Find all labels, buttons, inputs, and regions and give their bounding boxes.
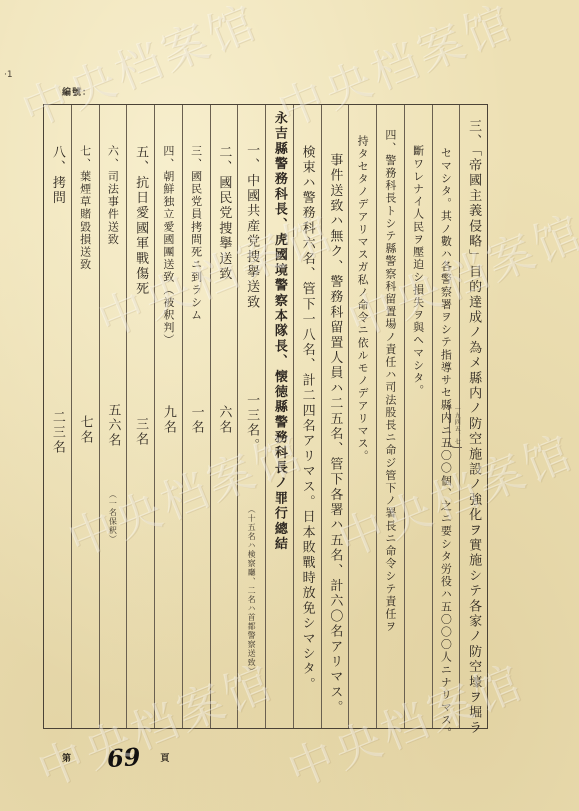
item-count: 二三名 [48,410,67,455]
column-text: 検束ハ警務科六名、管下一八名、計二四名アリマス。日本敗戰時放免シマシタ。 [301,145,314,692]
item-label: 一、中國共産党捜擧送致 [245,143,258,310]
column-item-6: 六、司法事件送致 五六名 （一名保釈） [99,105,127,728]
item-label: 五、抗日愛國軍戰傷死 [134,145,147,297]
summary-heading: 永吉縣警務科長、虎國境警察本隊長、懐徳縣警務科長ノ罪行總結 [273,111,286,552]
item-label: 八、拷問 [51,145,64,206]
column-8: 永吉縣警務科長、虎國境警察本隊長、懐徳縣警務科長ノ罪行總結 [265,105,293,728]
column-item-3: 三、國民党員拷問死ニ到ラシム 一名 [182,105,210,728]
item-count: 一名 [187,405,206,435]
column-item-2: 二、國民党捜擧送致 六名 [210,105,238,728]
item-note: （十五名ハ検察廳、二名ハ首都警察送致） [246,505,257,676]
item-count: 九名 [159,405,178,435]
column-6: 事件送致ハ無ク、警務科留置人員ハ二五名、管下各署ハ五名、計六〇名アリマス。 [321,105,349,728]
column-text: 持タセタノデアリマスガ私ノ命令ニ依ルモノデアリマス。 [357,135,368,463]
column-5: 持タセタノデアリマスガ私ノ命令ニ依ルモノデアリマス。 [348,105,376,728]
serial-number-label: 編號： [62,85,92,98]
column-item-1: 一、中國共産党捜擧送致 一三名。 （十五名ハ検察廳、二名ハ首都警察送致） [237,105,265,728]
column-3: 斷ワレナイ人民ヲ壓迫シ損失ヲ與ヘマシタ。 [404,105,432,728]
column-text: 事件送致ハ無ク、警務科留置人員ハ二五名、管下各署ハ五名、計六〇名アリマス。 [328,153,341,715]
item-count: 七名 [76,415,95,445]
column-text: 三、「帝國主義侵略」目的達成ノ為メ縣内ノ防空施設ノ強化ヲ實施シテ各家ノ防空壕ヲ堀… [467,119,480,736]
item-count: 六名 [214,405,233,435]
page-suffix: 頁 [160,751,169,764]
page-footer: 第 69 頁 [62,743,169,772]
column-1: 三、「帝國主義侵略」目的達成ノ為メ縣内ノ防空施設ノ強化ヲ實施シテ各家ノ防空壕ヲ堀… [459,105,487,728]
item-count: 三名 [131,417,150,447]
item-label: 四、朝鮮独立愛國團送致（被釈判） [163,145,174,347]
column-text: セマシタ。其ノ數ハ各警察署ヲシテ指導サセ縣内ニ五〇〇個、之ニ要シタ労役ハ五〇〇〇… [440,147,451,739]
item-label: 二、國民党捜擧送致 [217,145,230,282]
item-label: 三、國民党員拷問死ニ到ラシム [191,145,202,321]
column-2: セマシタ。其ノ數ハ各警察署ヲシテ指導サセ縣内ニ五〇〇個、之ニ要シタ労役ハ五〇〇〇… [432,105,460,728]
item-note: （一名保釈） [107,490,118,544]
edge-mark: ·1 [4,70,13,80]
item-count: 一三名。 [242,393,261,453]
page-number: 69 [106,742,141,773]
column-4: 四、警務科長トシテ縣警察科留置場ノ責任ハ司法股長ニ命ジ管下ノ署長ニ命令シテ責任ヲ [376,105,404,728]
column-item-7: 七、葉煙草賭毀損送致 七名 [71,105,99,728]
item-label: 七、葉煙草賭毀損送致 [80,145,91,271]
column-item-5: 五、抗日愛國軍戰傷死 三名 [126,105,154,728]
item-label: 六、司法事件送致 [107,145,118,246]
column-7: 検束ハ警務科六名、管下一八名、計二四名アリマス。日本敗戰時放免シマシタ。 [293,105,321,728]
item-count: 五六名 [103,403,122,448]
column-text: 四、警務科長トシテ縣警察科留置場ノ責任ハ司法股長ニ命ジ管下ノ署長ニ命令シテ責任ヲ [385,129,396,633]
column-item-4: 四、朝鮮独立愛國團送致（被釈判） 九名 [154,105,182,728]
ruled-manuscript-table: 三、「帝國主義侵略」目的達成ノ為メ縣内ノ防空施設ノ強化ヲ實施シテ各家ノ防空壕ヲ堀… [43,104,488,729]
column-text: 斷ワレナイ人民ヲ壓迫シ損失ヲ與ヘマシタ。 [413,145,424,397]
column-item-8: 八、拷問 二三名 [44,105,71,728]
page-prefix: 第 [62,751,71,764]
